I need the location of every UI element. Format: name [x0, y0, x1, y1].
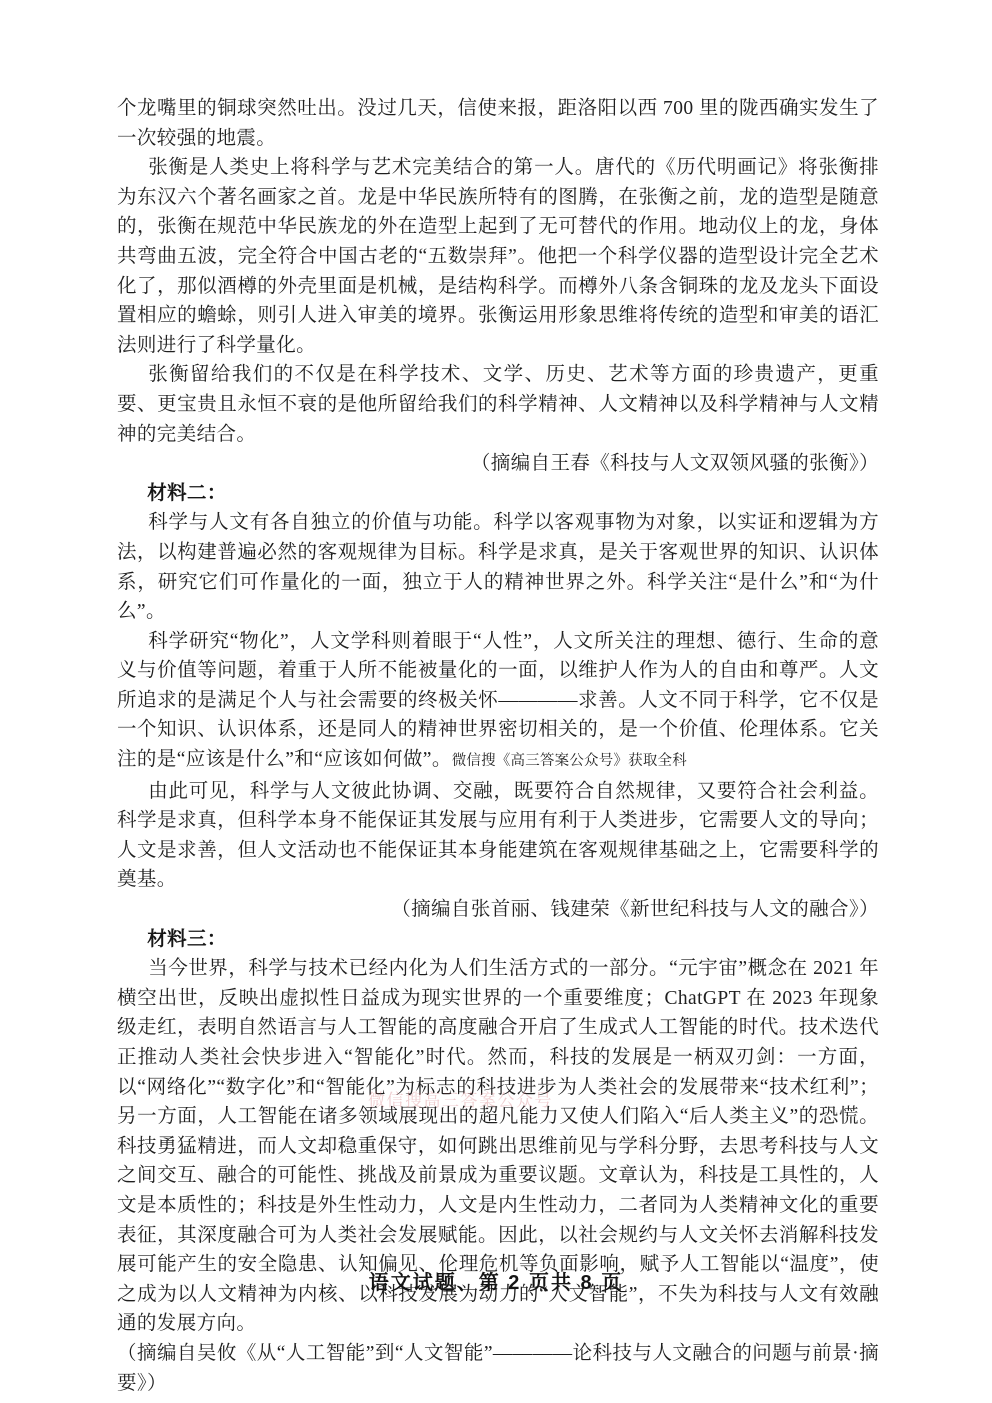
material-3-heading: 材料三： — [117, 925, 879, 955]
source-attribution: （摘编自张首丽、钱建荣《新世纪科技与人文的融合》） — [117, 895, 879, 925]
paragraph: 由此可见，科学与人文彼此协调、交融，既要符合自然规律，又要符合社会利益。科学是求… — [117, 777, 879, 895]
promo-note: 微信搜《高三答案公众号》获取全科 — [452, 753, 687, 769]
source-attribution: （摘编自吴攸《从“人工智能”到“人文智能”————论科技与人文融合的问题与前景·… — [117, 1339, 879, 1398]
material-2-heading: 材料二： — [117, 479, 879, 509]
text-column: 个龙嘴里的铜球突然吐出。没过几天，信使来报，距洛阳以西 700 里的陇西确实发生… — [117, 94, 879, 1398]
paragraph-text: 科学研究“物化”，人文学科则着眼于“人性”，人文所关注的理想、德行、生命的意义与… — [117, 631, 879, 770]
source-attribution: （摘编自王春《科技与人文双领风骚的张衡》） — [117, 449, 879, 479]
paragraph: 科学与人文有各自独立的价值与功能。科学以客观事物为对象，以实证和逻辑为方法，以构… — [117, 508, 879, 626]
exam-page: 个龙嘴里的铜球突然吐出。没过几天，信使来报，距洛阳以西 700 里的陇西确实发生… — [0, 0, 992, 1403]
paragraph-continued: 个龙嘴里的铜球突然吐出。没过几天，信使来报，距洛阳以西 700 里的陇西确实发生… — [117, 94, 879, 153]
paragraph: 张衡是人类史上将科学与艺术完美结合的第一人。唐代的《历代明画记》将张衡排为东汉六… — [117, 153, 879, 360]
paragraph: 科学研究“物化”，人文学科则着眼于“人性”，人文所关注的理想、德行、生命的意义与… — [117, 627, 879, 777]
paragraph: 张衡留给我们的不仅是在科学技术、文学、历史、艺术等方面的珍贵遗产，更重要、更宝贵… — [117, 360, 879, 449]
footer-page-number: 语文试题、第 2 页共 8 页 — [0, 1266, 992, 1295]
